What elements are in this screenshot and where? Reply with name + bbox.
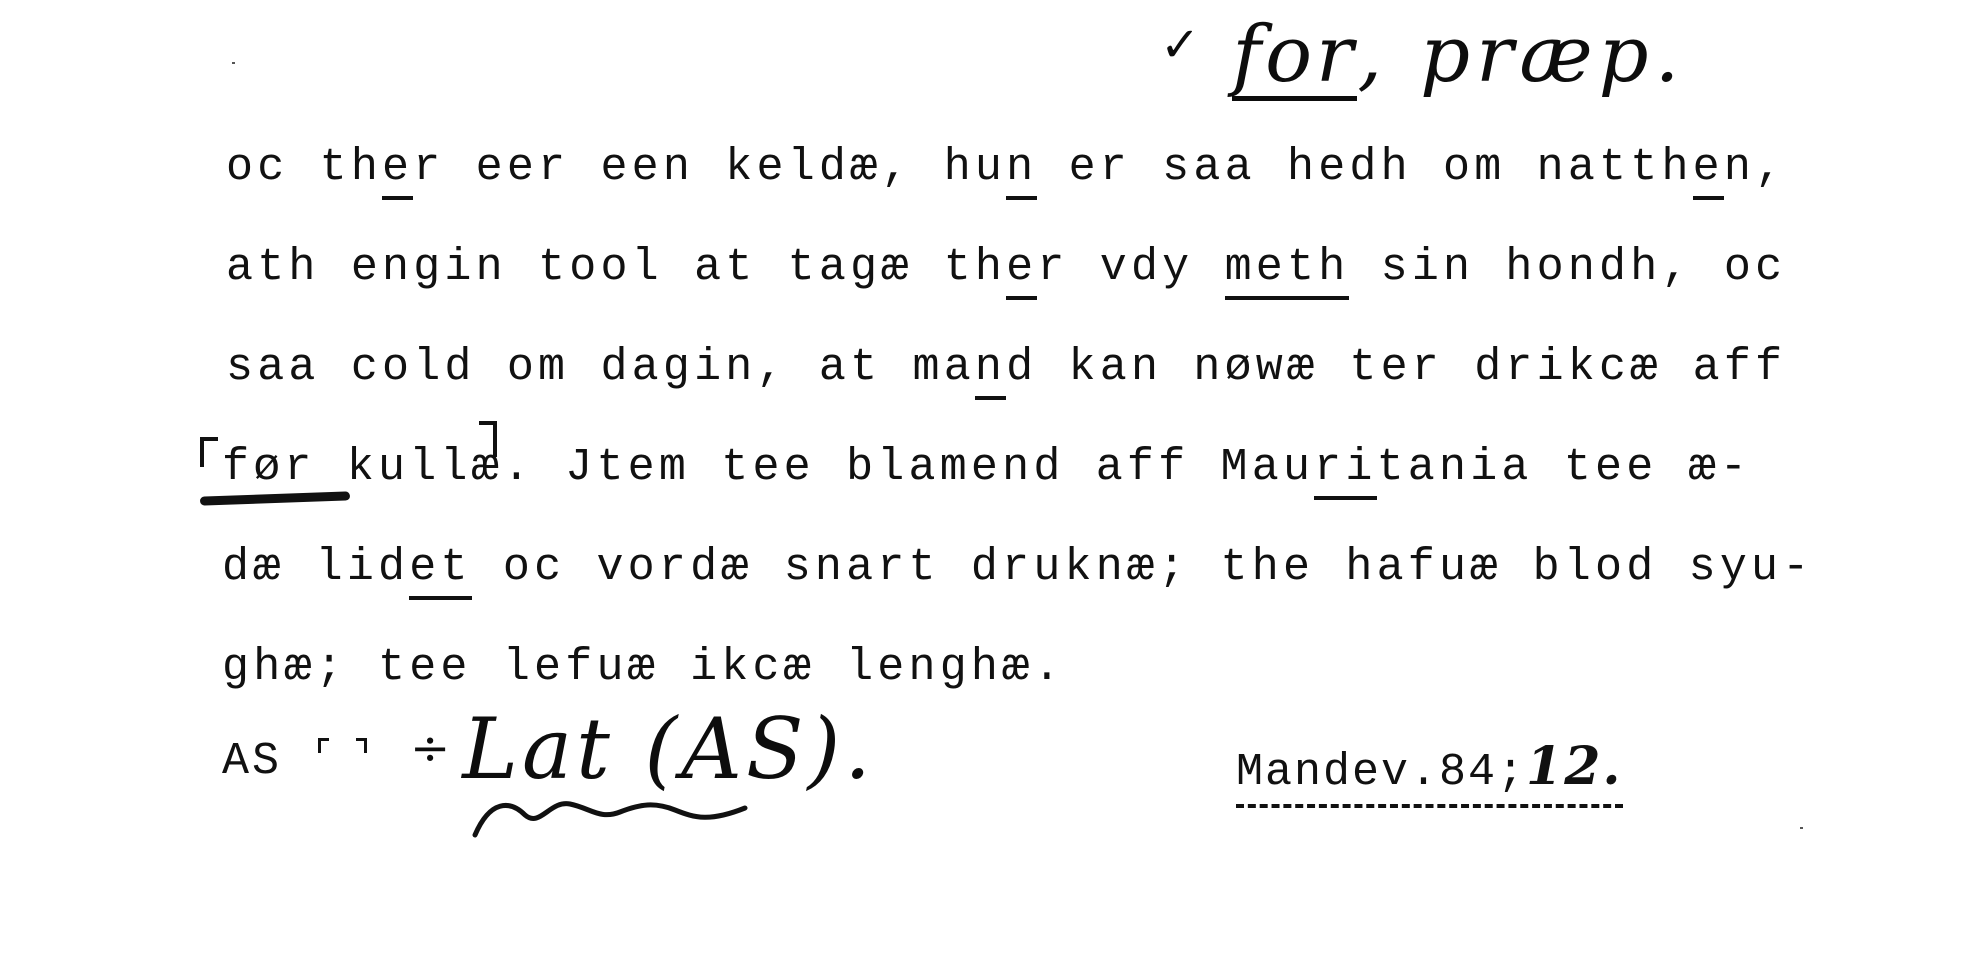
part-of-speech: præp. [1420,10,1685,100]
paper-speck [232,62,235,64]
quotation-line: dæ lidet oc vordæ snart druknæ; the hafu… [222,518,1813,618]
underlined-expansion: e [1693,142,1724,200]
dictionary-slip: ✓for,præp. oc ther eer een keldæ, hun er… [0,0,1966,969]
underlined-expansion: n [1006,142,1037,200]
check-mark-icon: ✓ [1160,17,1204,73]
underlined-expansion: ri [1314,442,1376,500]
bracket-marks-icon [318,738,374,758]
text-segment: r vdy [1037,242,1224,293]
text-segment: sin hondh, oc [1349,242,1786,293]
division-mark-icon: ÷ [410,720,454,776]
quotation-line: før kullæ. Jtem tee blamend aff Mauritan… [222,418,1813,518]
text-segment: tania tee æ- [1377,442,1751,493]
text-segment: ghæ; tee lefuæ ikcæ lenghæ. [222,642,1065,693]
text-segment: oc vordæ snart druknæ; the hafuæ blod sy… [472,542,1814,593]
underlined-expansion: e [1006,242,1037,300]
underlined-expansion: e [382,142,413,200]
paper-speck [1800,827,1803,829]
quotation-line: oc ther eer een keldæ, hun er saa hedh o… [226,118,1813,218]
source-label: AS [222,736,282,787]
quotation-line: saa cold om dagin, at mand kan nøwæ ter … [226,318,1813,418]
text-segment: . Jtem tee blamend aff Mau [503,442,1314,493]
text-segment: ath engin tool at tagæ th [226,242,1006,293]
text-segment: dæ lid [222,542,409,593]
text-segment: n, [1724,142,1786,193]
quotation-line: ath engin tool at tagæ ther vdy meth sin… [226,218,1813,318]
source-language-note: Lat (AS). [462,700,875,798]
underlined-expansion: n [975,342,1006,400]
citation-handwritten-line: 12. [1526,736,1622,797]
headword: for [1232,16,1357,101]
text-segment: oc th [226,142,382,193]
underlined-expansion: meth [1225,242,1350,300]
source-handwritten-note: ÷Lat (AS). [410,700,875,798]
text-segment: d kan nøwæ ter drikcæ aff [1006,342,1786,393]
wavy-underline-icon [470,790,770,840]
quotation-text: oc ther eer een keldæ, hun er saa hedh o… [226,118,1813,718]
text-segment: r eer een keldæ, hu [413,142,1006,193]
text-segment: før kullæ [222,442,503,493]
headword-annotation: ✓for,præp. [1160,10,1685,101]
citation-reference: Mandev.84;12. [1236,736,1623,808]
underlined-expansion: et [409,542,471,600]
citation-typed: Mandev.84; [1236,747,1526,798]
text-segment: saa cold om dagin, at ma [226,342,975,393]
text-segment: er saa hedh om natth [1037,142,1692,193]
